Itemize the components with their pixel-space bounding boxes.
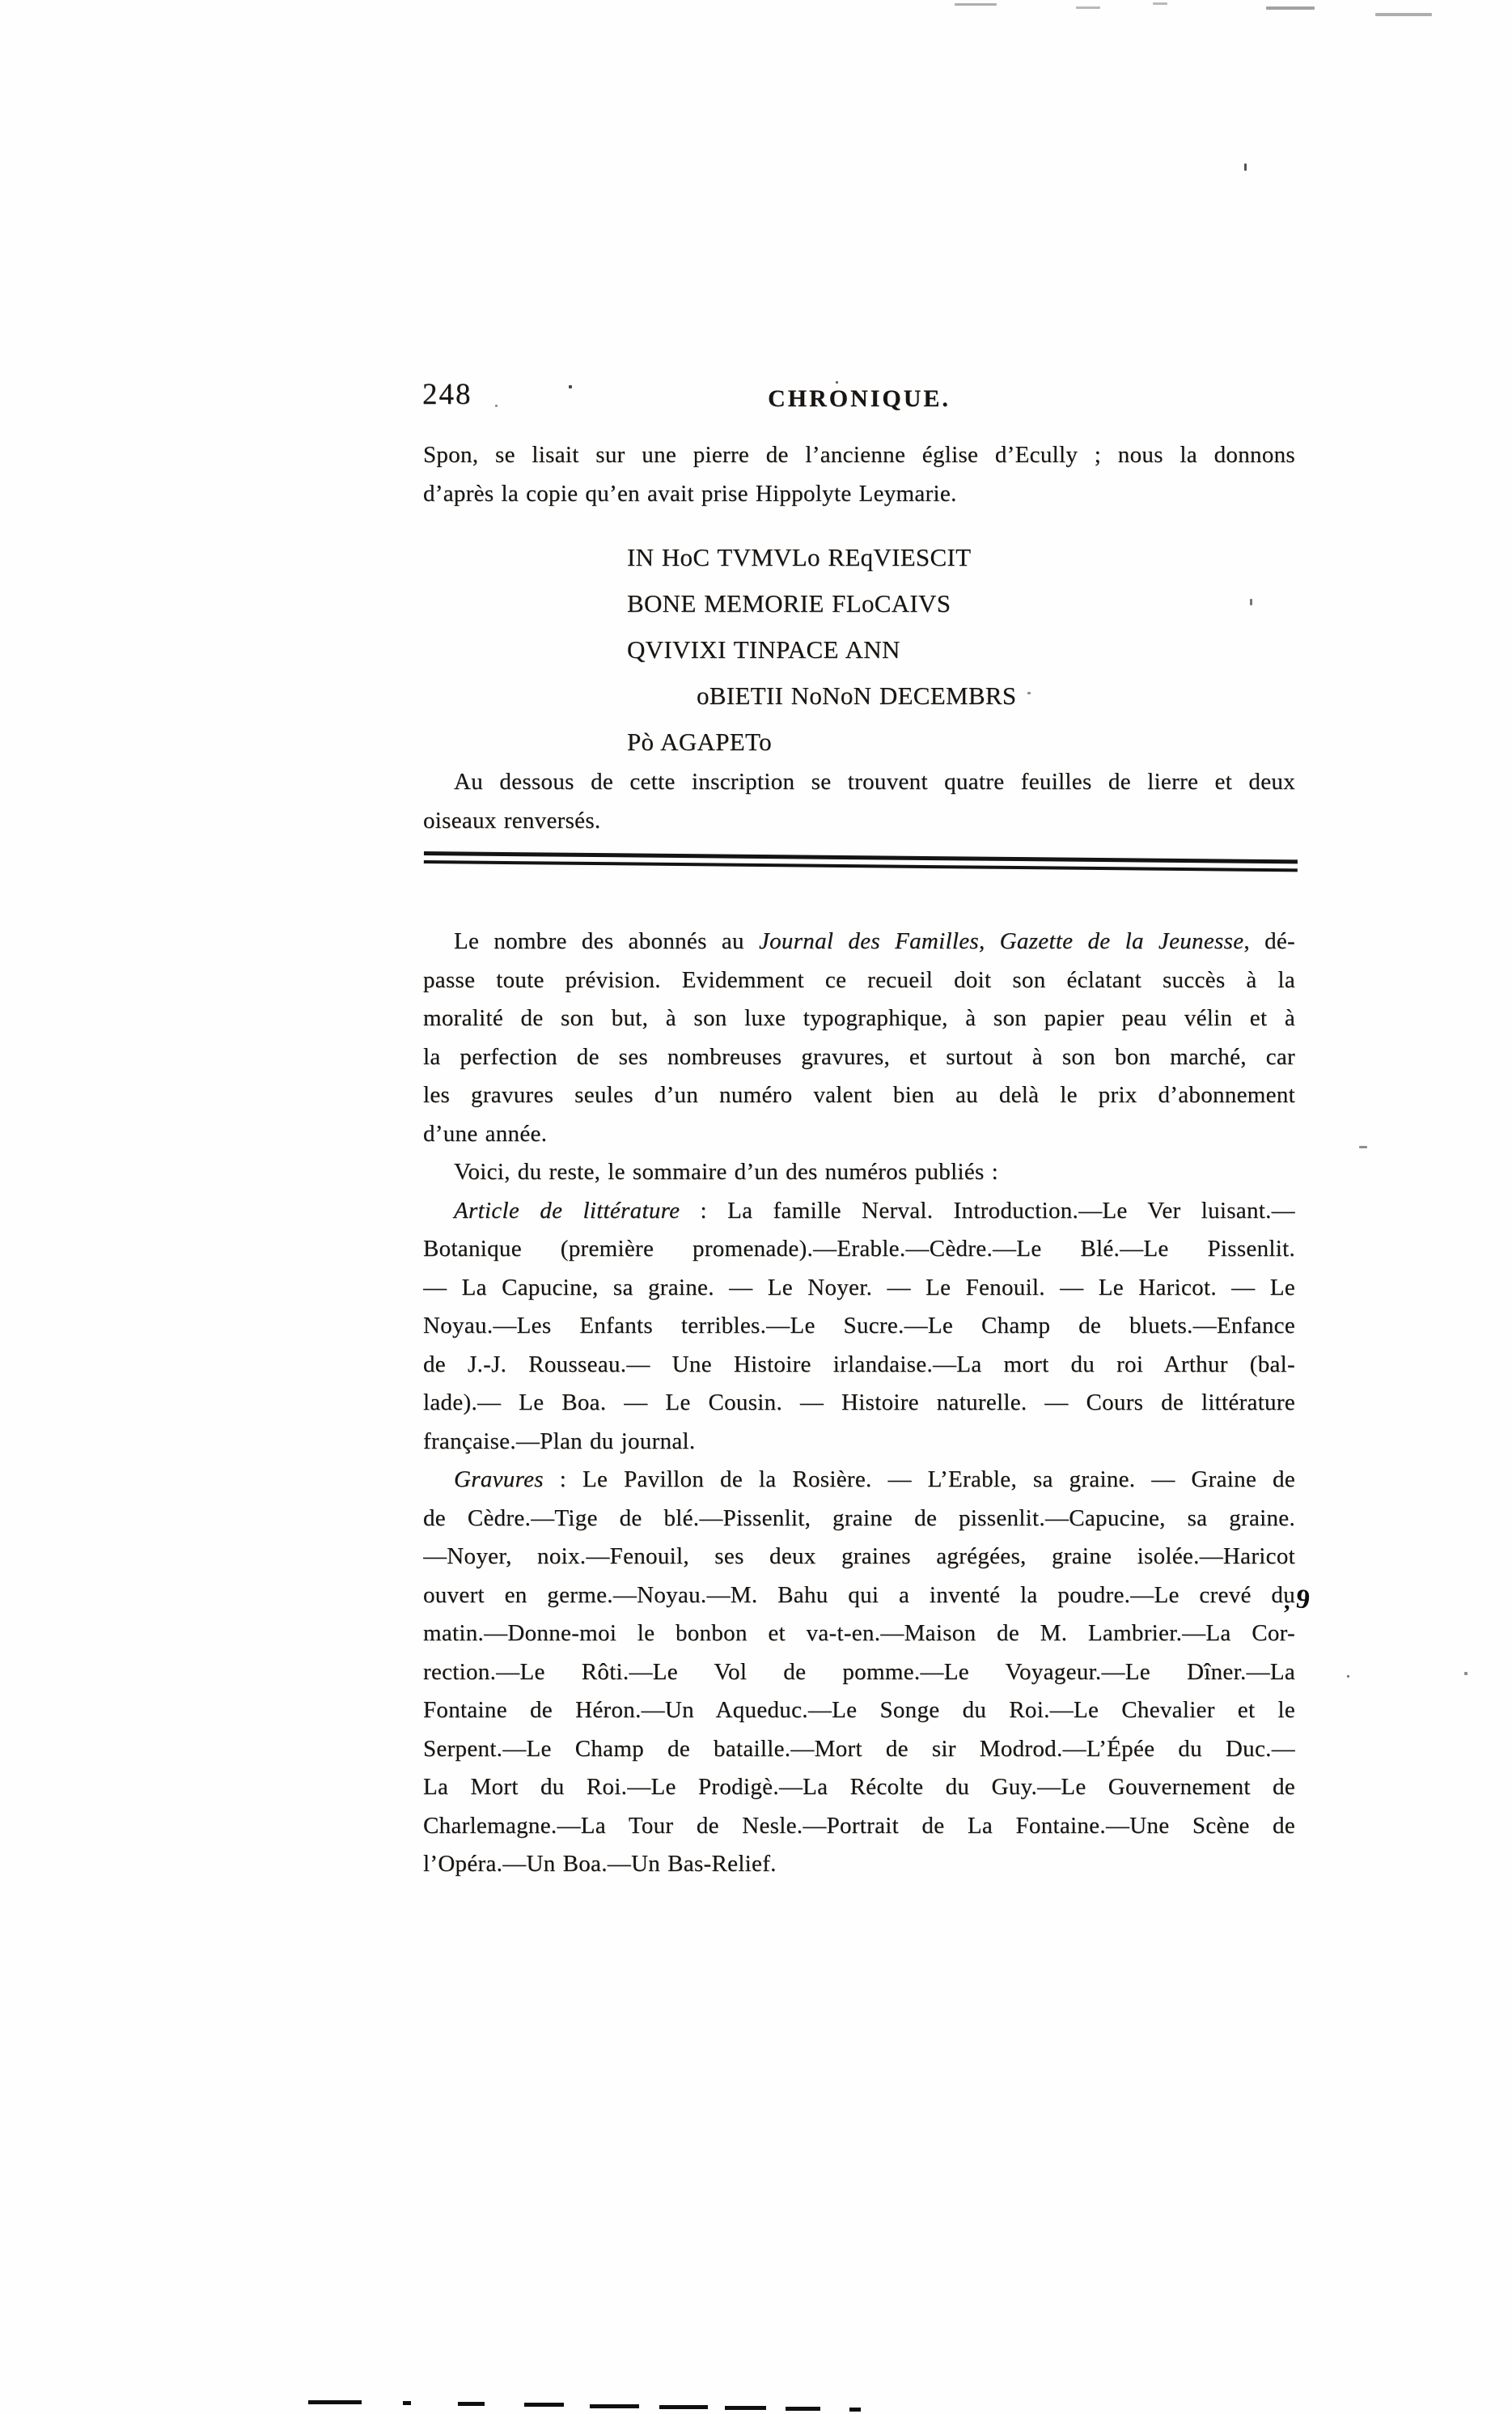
text-line: passe toute prévision. Evidemment ce rec…: [423, 961, 1295, 1000]
text-line: Charlemagne.—La Tour de Nesle.—Portrait …: [423, 1807, 1295, 1846]
text-run: Charlemagne.—La Tour de Nesle.—Portrait …: [423, 1813, 1295, 1839]
text-line: Gravures : Le Pavillon de la Rosière. — …: [423, 1461, 1295, 1500]
paragraph-au-dessous: Au dessous de cette inscription se trouv…: [423, 762, 1295, 840]
text-run: moralité de son but, à son luxe typograp…: [423, 1005, 1295, 1031]
text-line: rection.—Le Rôti.—Le Vol de pomme.—Le Vo…: [423, 1653, 1295, 1692]
text-line: Au dessous de cette inscription se trouv…: [423, 762, 1295, 801]
text-run: la perfection de ses nombreuses gravures…: [423, 1044, 1295, 1070]
scan-speckle: [1464, 1672, 1468, 1675]
text-run: Botanique (première promenade).—Erable.—…: [423, 1236, 1295, 1262]
text-line: Article de littérature : La famille Nerv…: [423, 1192, 1295, 1231]
ink-blot-mark: 9: [1294, 1584, 1312, 1616]
section-divider-rule: [424, 851, 1298, 872]
text-run: : Le Pavillon de la Rosière. — L’Erable,…: [544, 1466, 1295, 1492]
text-line: Fontaine de Héron.—Un Aqueduc.—Le Songe …: [423, 1691, 1295, 1730]
text-run: d’après la copie qu’en avait prise Hippo…: [423, 481, 957, 507]
text-run: de J.-J. Rousseau.— Une Histoire irlanda…: [423, 1351, 1295, 1377]
paragraph-spon: Spon, se lisait sur une pierre de l’anci…: [423, 435, 1295, 513]
text-line: QVIVIXI TINPACE ANN: [627, 626, 1193, 672]
text-line: l’Opéra.—Un Boa.—Un Bas-Relief.: [423, 1845, 1295, 1884]
text-line: BONE MEMORIE FLoCAIVS: [627, 580, 1193, 626]
text-line: d’après la copie qu’en avait prise Hippo…: [423, 474, 1295, 513]
italic-text-run: Journal des Familles, Gazette de la Jeun…: [759, 928, 1243, 954]
page-edge-dash: [725, 2406, 766, 2410]
text-run: française.—Plan du journal.: [423, 1428, 695, 1454]
text-line: oBIETII NoNoN DECEMBRS: [627, 672, 1193, 719]
text-run: Spon, se lisait sur une pierre de l’anci…: [423, 442, 1295, 468]
text-run: La Mort du Roi.—Le Prodigè.—La Récolte d…: [423, 1774, 1295, 1800]
text-line: de Cèdre.—Tige de blé.—Pissenlit, graine…: [423, 1500, 1295, 1538]
page-edge-dash: [524, 2403, 564, 2407]
ink-blot-mark: ,: [1284, 1588, 1290, 1615]
text-line: les gravures seules d’un numéro valent b…: [423, 1076, 1295, 1115]
scan-speckle: [1076, 6, 1100, 9]
page-edge-dash: [659, 2405, 708, 2409]
text-run: l’Opéra.—Un Boa.—Un Bas-Relief.: [423, 1851, 777, 1877]
text-run: Voici, du reste, le sommaire d’un des nu…: [454, 1159, 998, 1185]
text-run: —Noyer, noix.—Fenouil, ses deux graines …: [423, 1543, 1295, 1569]
text-line: IN HoC TVMVLo REqVIESCIT: [627, 534, 1193, 580]
text-line: —Noyer, noix.—Fenouil, ses deux graines …: [423, 1538, 1295, 1576]
text-run: — La Capucine, sa graine. — Le Noyer. — …: [423, 1275, 1295, 1300]
scan-speckle: [1153, 2, 1167, 5]
main-text-block: Le nombre des abonnés au Journal des Fam…: [423, 923, 1295, 1884]
text-line: Voici, du reste, le sommaire d’un des nu…: [423, 1153, 1295, 1192]
scan-speckle: [569, 385, 572, 388]
text-run: les gravures seules d’un numéro valent b…: [423, 1082, 1295, 1108]
scan-speckle: [1359, 1146, 1367, 1148]
scan-speckle: [1266, 6, 1315, 10]
page-edge-dash: [590, 2404, 639, 2408]
italic-text-run: Gravures: [454, 1466, 544, 1492]
scan-speckle: [955, 3, 997, 6]
text-line: oiseaux renversés.: [423, 801, 1295, 840]
text-run: Noyau.—Les Enfants terribles.—Le Sucre.—…: [423, 1313, 1295, 1339]
text-line: ouvert en germe.—Noyau.—M. Bahu qui a in…: [423, 1576, 1295, 1615]
text-run: IN HoC TVMVLo REqVIESCIT: [627, 543, 971, 571]
latin-inscription: IN HoC TVMVLo REqVIESCITBONE MEMORIE FLo…: [627, 534, 1193, 765]
text-run: Pò AGAPETo: [627, 728, 772, 756]
scan-speckle: [836, 381, 838, 384]
text-run: lade).— Le Boa. — Le Cousin. — Histoire …: [423, 1389, 1295, 1415]
text-line: d’une année.: [423, 1115, 1295, 1154]
text-line: la perfection de ses nombreuses gravures…: [423, 1038, 1295, 1077]
paragraph-article: Article de littérature : La famille Nerv…: [423, 1192, 1295, 1462]
text-run: Serpent.—Le Champ de bataille.—Mort de s…: [423, 1736, 1295, 1762]
text-run: oBIETII NoNoN DECEMBRS: [697, 681, 1016, 710]
text-line: Serpent.—Le Champ de bataille.—Mort de s…: [423, 1730, 1295, 1769]
paragraph-gravures: Gravures : Le Pavillon de la Rosière. — …: [423, 1461, 1295, 1884]
text-line: Le nombre des abonnés au Journal des Fam…: [423, 923, 1295, 961]
text-run: passe toute prévision. Evidemment ce rec…: [423, 967, 1295, 993]
paragraph-le-nombre: Le nombre des abonnés au Journal des Fam…: [423, 923, 1295, 1153]
text-line: française.—Plan du journal.: [423, 1423, 1295, 1462]
page-edge-dash: [458, 2402, 485, 2406]
page-edge-dash: [403, 2401, 411, 2405]
text-line: Pò AGAPETo: [627, 719, 1193, 765]
text-line: lade).— Le Boa. — Le Cousin. — Histoire …: [423, 1384, 1295, 1423]
text-run: ouvert en germe.—Noyau.—M. Bahu qui a in…: [423, 1582, 1295, 1608]
text-line: moralité de son but, à son luxe typograp…: [423, 999, 1295, 1038]
page-edge-dash: [849, 2408, 861, 2412]
text-run: matin.—Donne-moi le bonbon et va-t-en.—M…: [423, 1620, 1295, 1646]
text-run: Au dessous de cette inscription se trouv…: [454, 769, 1295, 795]
running-title: CHRONIQUE.: [423, 385, 1295, 413]
text-run: d’une année.: [423, 1121, 547, 1147]
page-edge-dash: [786, 2407, 820, 2411]
scan-speckle: [1375, 13, 1432, 16]
scan-speckle: [1250, 599, 1252, 605]
text-run: , dé-: [1243, 928, 1295, 954]
text-line: Botanique (première promenade).—Erable.—…: [423, 1230, 1295, 1269]
scan-speckle: [1244, 163, 1247, 171]
paragraph-voici: Voici, du reste, le sommaire d’un des nu…: [423, 1153, 1295, 1192]
text-run: QVIVIXI TINPACE ANN: [627, 635, 900, 664]
text-run: de Cèdre.—Tige de blé.—Pissenlit, graine…: [423, 1505, 1295, 1531]
scan-speckle: [1347, 1675, 1349, 1678]
text-line: Spon, se lisait sur une pierre de l’anci…: [423, 435, 1295, 474]
text-line: de J.-J. Rousseau.— Une Histoire irlanda…: [423, 1346, 1295, 1385]
text-run: oiseaux renversés.: [423, 808, 601, 834]
italic-text-run: Article de littérature: [454, 1198, 680, 1224]
text-run: : La famille Nerval. Introduction.—Le Ve…: [680, 1198, 1295, 1224]
text-run: rection.—Le Rôti.—Le Vol de pomme.—Le Vo…: [423, 1659, 1295, 1685]
text-line: Noyau.—Les Enfants terribles.—Le Sucre.—…: [423, 1307, 1295, 1346]
scanned-document-page: 248 CHRONIQUE. Spon, se lisait sur une p…: [0, 0, 1512, 2414]
text-run: BONE MEMORIE FLoCAIVS: [627, 589, 951, 617]
text-line: La Mort du Roi.—Le Prodigè.—La Récolte d…: [423, 1768, 1295, 1807]
text-run: Fontaine de Héron.—Un Aqueduc.—Le Songe …: [423, 1697, 1295, 1723]
page-edge-dash: [308, 2400, 362, 2404]
scan-speckle: [1027, 692, 1031, 694]
text-line: — La Capucine, sa graine. — Le Noyer. — …: [423, 1269, 1295, 1308]
text-line: matin.—Donne-moi le bonbon et va-t-en.—M…: [423, 1614, 1295, 1653]
scan-speckle: [495, 405, 498, 407]
text-run: Le nombre des abonnés au: [454, 928, 759, 954]
